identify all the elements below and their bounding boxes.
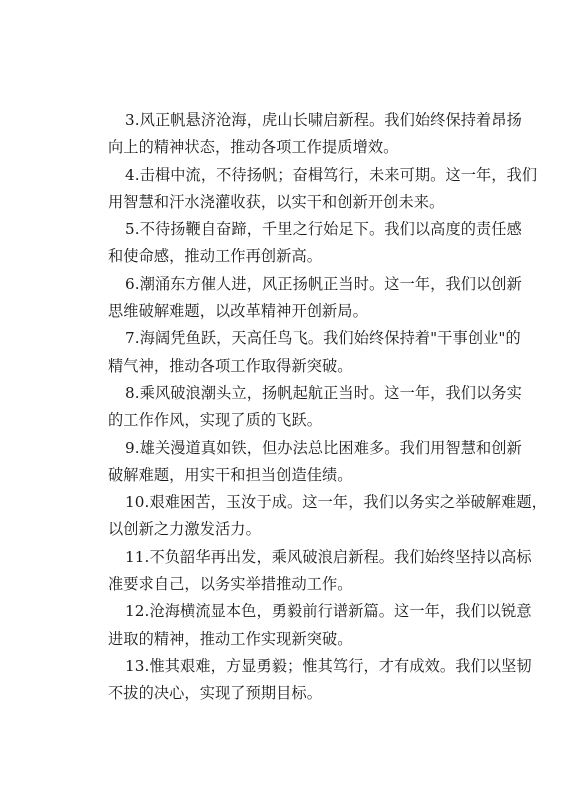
- paragraph-4: 4.击楫中流，不待扬帆；奋楫笃行，未来可期。这一年，我们 用智慧和汗水浇灌收获，…: [91, 162, 489, 217]
- paragraph-10: 10.艰难困苦，玉汝于成。这一年，我们以务实之举破解难题， 以创新之力激发活力。: [91, 489, 489, 544]
- paragraph-line: 13.惟其艰难，方显勇毅；惟其笃行，才有成效。我们以坚韧: [91, 653, 489, 680]
- paragraph-line: 12.沧海横流显本色，勇毅前行谱新篇。这一年，我们以锐意: [91, 598, 489, 625]
- paragraph-line: 以创新之力激发活力。: [91, 516, 489, 543]
- paragraph-line: 的工作作风，实现了质的飞跃。: [91, 407, 489, 434]
- paragraph-12: 12.沧海横流显本色，勇毅前行谱新篇。这一年，我们以锐意 进取的精神，推动工作实…: [91, 598, 489, 653]
- paragraph-line: 11.不负韶华再出发，乘风破浪启新程。我们始终坚持以高标: [91, 544, 489, 571]
- paragraph-line: 不拔的决心，实现了预期目标。: [91, 680, 489, 707]
- paragraph-line: 精气神，推动各项工作取得新突破。: [91, 353, 489, 380]
- document-page: 3.风正帆悬济沧海，虎山长啸启新程。我们始终保持着昂扬 向上的精神状态，推动各项…: [91, 107, 489, 708]
- paragraph-line: 7.海阔凭鱼跃，天高任鸟飞。我们始终保持着"干事创业"的: [91, 325, 489, 352]
- paragraph-line: 3.风正帆悬济沧海，虎山长啸启新程。我们始终保持着昂扬: [91, 107, 489, 134]
- paragraph-7: 7.海阔凭鱼跃，天高任鸟飞。我们始终保持着"干事创业"的 精气神，推动各项工作取…: [91, 325, 489, 380]
- paragraph-line: 4.击楫中流，不待扬帆；奋楫笃行，未来可期。这一年，我们: [91, 162, 489, 189]
- paragraph-line: 准要求自己，以务实举措推动工作。: [91, 571, 489, 598]
- paragraph-line: 思维破解难题，以改革精神开创新局。: [91, 298, 489, 325]
- paragraph-line: 进取的精神，推动工作实现新突破。: [91, 626, 489, 653]
- paragraph-line: 8.乘风破浪潮头立，扬帆起航正当时。这一年，我们以务实: [91, 380, 489, 407]
- paragraph-8: 8.乘风破浪潮头立，扬帆起航正当时。这一年，我们以务实 的工作作风，实现了质的飞…: [91, 380, 489, 435]
- paragraph-13: 13.惟其艰难，方显勇毅；惟其笃行，才有成效。我们以坚韧 不拔的决心，实现了预期…: [91, 653, 489, 708]
- paragraph-9: 9.雄关漫道真如铁，但办法总比困难多。我们用智慧和创新 破解难题，用实干和担当创…: [91, 435, 489, 490]
- paragraph-line: 用智慧和汗水浇灌收获，以实干和创新开创未来。: [91, 189, 489, 216]
- paragraph-6: 6.潮涌东方催人进，风正扬帆正当时。这一年，我们以创新 思维破解难题，以改革精神…: [91, 271, 489, 326]
- paragraph-11: 11.不负韶华再出发，乘风破浪启新程。我们始终坚持以高标 准要求自己，以务实举措…: [91, 544, 489, 599]
- paragraph-line: 破解难题，用实干和担当创造佳绩。: [91, 462, 489, 489]
- paragraph-line: 5.不待扬鞭自奋蹄，千里之行始足下。我们以高度的责任感: [91, 216, 489, 243]
- paragraph-line: 6.潮涌东方催人进，风正扬帆正当时。这一年，我们以创新: [91, 271, 489, 298]
- paragraph-5: 5.不待扬鞭自奋蹄，千里之行始足下。我们以高度的责任感 和使命感，推动工作再创新…: [91, 216, 489, 271]
- paragraph-line: 9.雄关漫道真如铁，但办法总比困难多。我们用智慧和创新: [91, 435, 489, 462]
- paragraph-line: 10.艰难困苦，玉汝于成。这一年，我们以务实之举破解难题，: [91, 489, 489, 516]
- paragraph-line: 和使命感，推动工作再创新高。: [91, 243, 489, 270]
- paragraph-3: 3.风正帆悬济沧海，虎山长啸启新程。我们始终保持着昂扬 向上的精神状态，推动各项…: [91, 107, 489, 162]
- paragraph-line: 向上的精神状态，推动各项工作提质增效。: [91, 134, 489, 161]
